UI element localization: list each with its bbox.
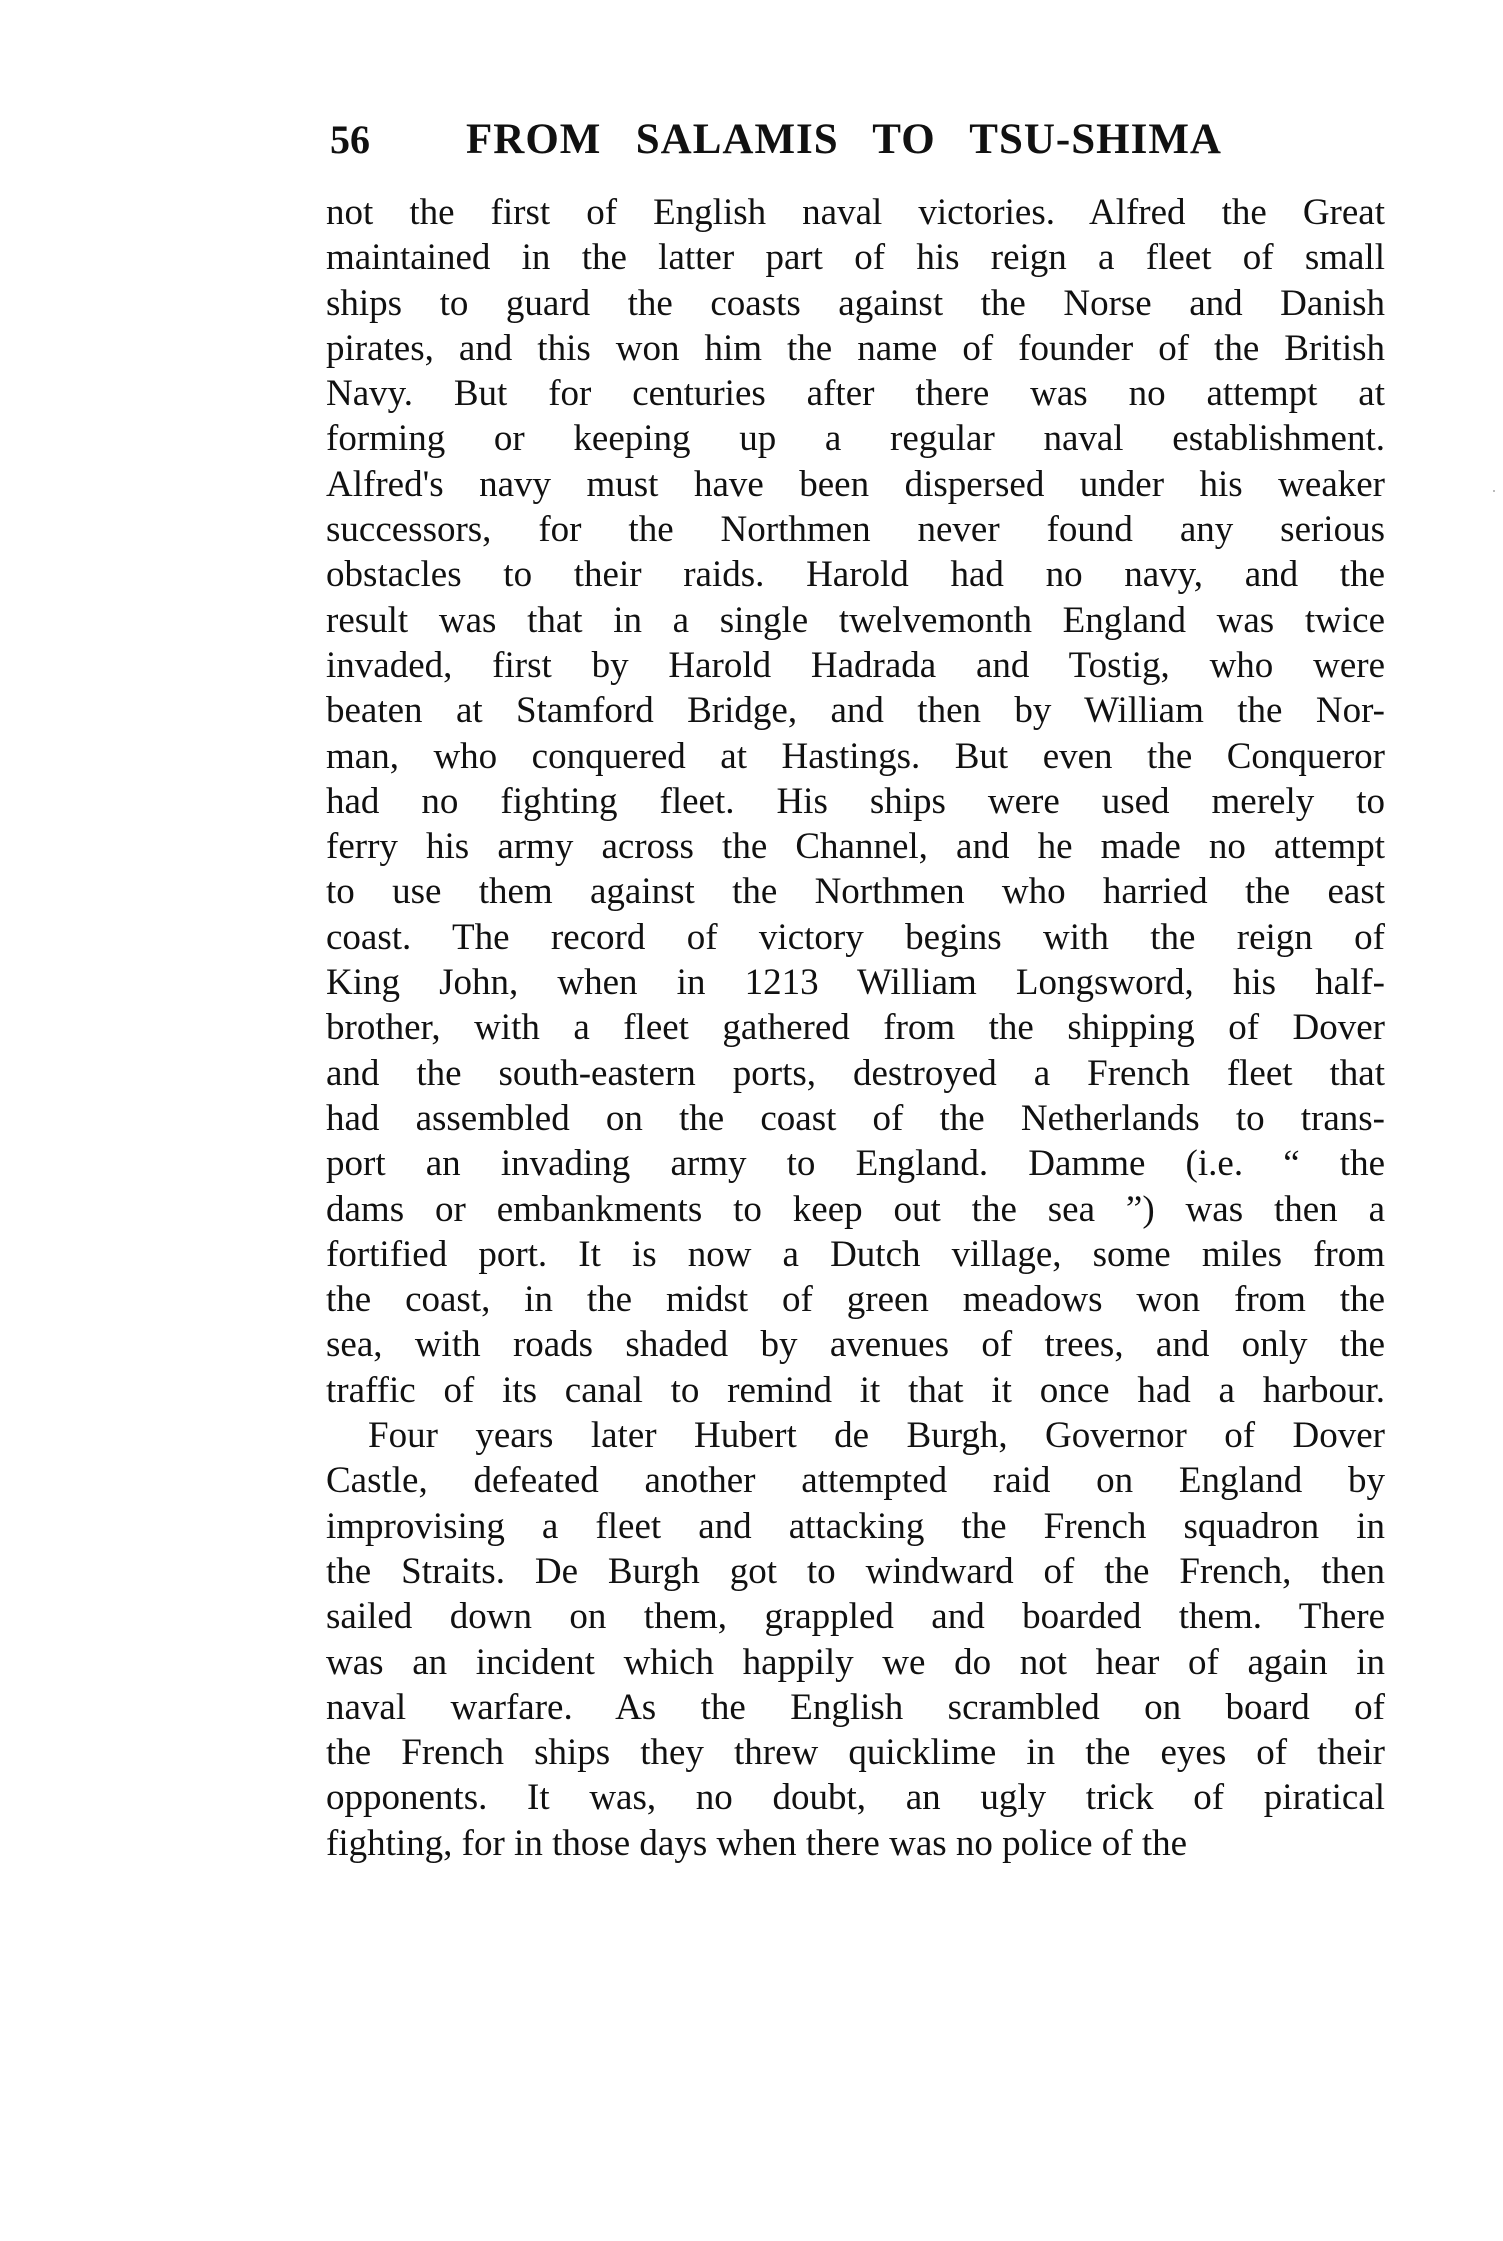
text-line: sailed down on them, grappled and boarde… (326, 1594, 1385, 1639)
text-line: fighting, for in those days when there w… (326, 1821, 1385, 1866)
text-line: ships to guard the coasts against the No… (326, 281, 1385, 326)
text-line: maintained in the latter part of his rei… (326, 235, 1385, 280)
text-line: the coast, in the midst of green meadows… (326, 1277, 1385, 1322)
text-line: Castle, defeated another attempted raid … (326, 1458, 1385, 1503)
body-text: not the first of English naval victories… (326, 190, 1385, 1866)
text-line: Alfred's navy must have been dispersed u… (326, 462, 1385, 507)
text-line: brother, with a fleet gathered from the … (326, 1005, 1385, 1050)
text-line: to use them against the Northmen who har… (326, 869, 1385, 914)
text-line: naval warfare. As the English scrambled … (326, 1685, 1385, 1730)
text-line: ferry his army across the Channel, and h… (326, 824, 1385, 869)
text-line: forming or keeping up a regular naval es… (326, 416, 1385, 461)
text-line: was an incident which happily we do not … (326, 1640, 1385, 1685)
paragraph: not the first of English naval victories… (326, 190, 1385, 1413)
text-line: coast. The record of victory begins with… (326, 915, 1385, 960)
running-title: FROM SALAMIS TO TSU-SHIMA (466, 118, 1222, 162)
text-line: result was that in a single twelvemonth … (326, 598, 1385, 643)
text-line: and the south-eastern ports, destroyed a… (326, 1051, 1385, 1096)
text-line: port an invading army to England. Damme … (326, 1141, 1385, 1186)
text-line: Navy. But for centuries after there was … (326, 371, 1385, 416)
text-line: the Straits. De Burgh got to windward of… (326, 1549, 1385, 1594)
page-number: 56 (330, 118, 370, 162)
text-line: invaded, first by Harold Hadrada and Tos… (326, 643, 1385, 688)
text-line: improvising a fleet and attacking the Fr… (326, 1504, 1385, 1549)
text-line: Four years later Hubert de Burgh, Govern… (326, 1413, 1385, 1458)
text-line: not the first of English naval victories… (326, 190, 1385, 235)
text-line: traffic of its canal to remind it that i… (326, 1368, 1385, 1413)
text-line: man, who conquered at Hastings. But even… (326, 734, 1385, 779)
text-line: pirates, and this won him the name of fo… (326, 326, 1385, 371)
text-line: successors, for the Northmen never found… (326, 507, 1385, 552)
book-page: 56 FROM SALAMIS TO TSU-SHIMA not the fir… (0, 0, 1503, 2241)
text-line: sea, with roads shaded by avenues of tre… (326, 1322, 1385, 1367)
text-line: King John, when in 1213 William Longswor… (326, 960, 1385, 1005)
scan-speck (1493, 490, 1495, 492)
text-line: fortified port. It is now a Dutch villag… (326, 1232, 1385, 1277)
text-line: opponents. It was, no doubt, an ugly tri… (326, 1775, 1385, 1820)
text-line: beaten at Stamford Bridge, and then by W… (326, 688, 1385, 733)
paragraph: Four years later Hubert de Burgh, Govern… (326, 1413, 1385, 1866)
running-head: 56 FROM SALAMIS TO TSU-SHIMA (330, 118, 1230, 162)
text-line: had no fighting fleet. His ships were us… (326, 779, 1385, 824)
text-line: dams or embankments to keep out the sea … (326, 1187, 1385, 1232)
text-line: obstacles to their raids. Harold had no … (326, 552, 1385, 597)
text-line: had assembled on the coast of the Nether… (326, 1096, 1385, 1141)
text-line: the French ships they threw quicklime in… (326, 1730, 1385, 1775)
